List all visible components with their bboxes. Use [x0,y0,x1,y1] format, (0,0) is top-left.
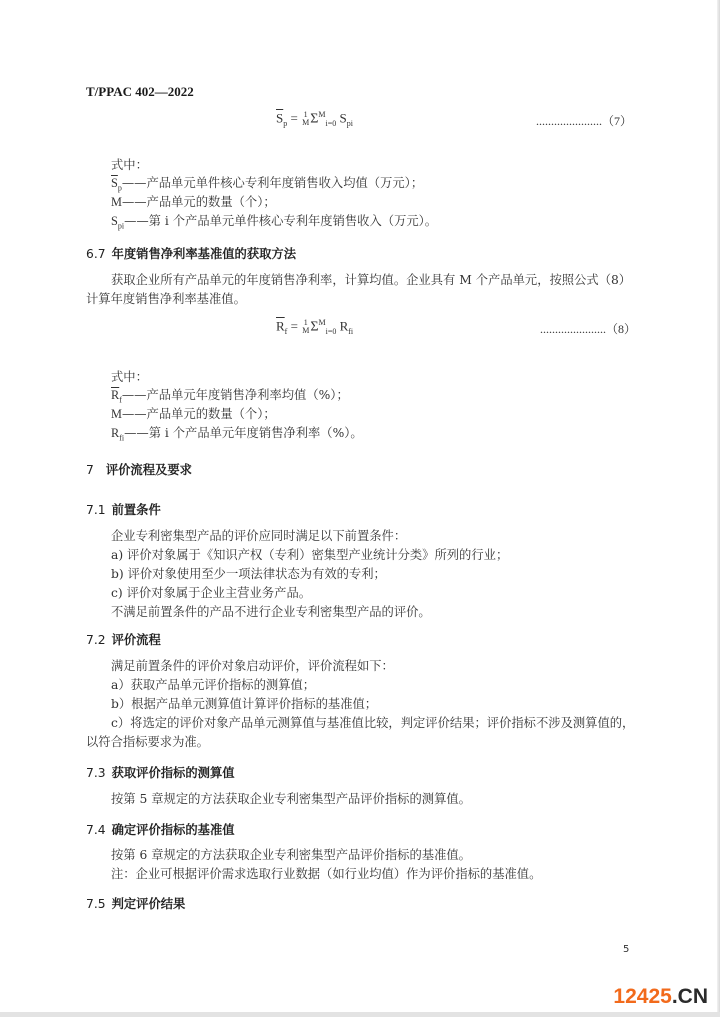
where-intro: 式中： [111,156,148,174]
page-number: 5 [623,944,629,955]
paragraph: 按第 5 章规定的方法获取企业专利密集型产品评价指标的测算值。 [111,790,471,808]
where-item: Spi——第 i 个产品单元单件核心专利年度销售收入（万元）。 [111,212,437,235]
section-heading-7: 7评价流程及要求 [86,460,192,478]
section-heading-7-3: 7.3获取评价指标的测算值 [86,763,235,781]
page-edge-bottom [0,1012,720,1017]
where-intro: 式中： [111,368,148,386]
paragraph: 满足前置条件的评价对象启动评价，评价流程如下： [111,657,394,675]
where-item: Rfi——第 i 个产品单元年度销售净利率（%）。 [111,424,363,447]
formula-8: Rf = 1MΣMi=0 Rfi [276,318,353,336]
list-item: b) 评价对象使用至少一项法律状态为有效的专利； [111,565,386,583]
equation-number-8: ......................（8） [540,320,636,337]
list-item: c）将选定的评价对象产品单元测算值与基准值比较，判定评价结果；评价指标不涉及测算… [111,714,634,732]
paragraph: 获取企业所有产品单元的年度销售净利率，计算均值。企业具有 M 个产品单元，按照公… [111,271,631,289]
list-item: c) 评价对象属于企业主营业务产品。 [111,584,311,602]
formula-7: Sp = 1MΣMi=0 Spi [276,110,353,128]
paragraph: 企业专利密集型产品的评价应同时满足以下前置条件： [111,527,406,545]
note: 注：企业可根据评价需求选取行业数据（如行业均值）作为评价指标的基准值。 [111,865,541,883]
section-heading-7-4: 7.4确定评价指标的基准值 [86,820,235,838]
section-heading-7-2: 7.2评价流程 [86,630,161,648]
section-heading-6-7: 6.7年度销售净利率基准值的获取方法 [86,244,296,262]
where-item: M——产品单元的数量（个）； [111,405,276,423]
paragraph: 以符合指标要求为准。 [86,733,209,751]
list-item: b）根据产品单元测算值计算评价指标的基准值； [111,695,377,713]
paragraph: 不满足前置条件的产品不进行企业专利密集型产品的评价。 [111,603,431,621]
equation-number-7: ......................（7） [536,112,632,129]
document-id: T/PPAC 402—2022 [86,84,194,100]
watermark-logo: 12425.CN [613,985,708,1009]
paragraph: 计算年度销售净利率基准值。 [86,290,246,308]
list-item: a) 评价对象属于《知识产权（专利）密集型产业统计分类》所列的行业； [111,546,508,564]
list-item: a）获取产品单元评价指标的测算值； [111,676,315,694]
paragraph: 按第 6 章规定的方法获取企业专利密集型产品评价指标的基准值。 [111,846,471,864]
section-heading-7-1: 7.1前置条件 [86,500,161,518]
section-heading-7-5: 7.5判定评价结果 [86,894,185,912]
where-item: M——产品单元的数量（个）； [111,193,276,211]
